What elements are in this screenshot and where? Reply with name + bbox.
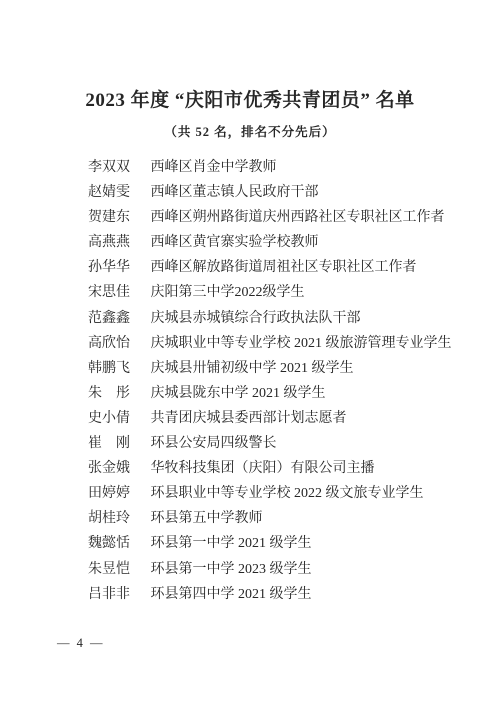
member-name: 崔 刚 bbox=[88, 431, 130, 456]
member-row: 史小倩 共青团庆城县委西部计划志愿者 bbox=[88, 406, 470, 431]
member-affiliation: 庆阳第三中学2022级学生 bbox=[151, 280, 305, 305]
member-name: 宋思佳 bbox=[88, 280, 130, 305]
member-affiliation: 环县职业中等专业学校 2022 级文旅专业学生 bbox=[151, 481, 424, 506]
member-row: 宋思佳 庆阳第三中学2022级学生 bbox=[88, 280, 470, 305]
document-subtitle: （共 52 名，排名不分先后） bbox=[0, 122, 500, 140]
member-row: 魏懿恬 环县第一中学 2021 级学生 bbox=[88, 531, 470, 556]
member-list: 李双双 西峰区肖金中学教师 赵婧雯 西峰区董志镇人民政府干部 贺建东 西峰区朔州… bbox=[88, 155, 470, 607]
member-row: 胡桂玲 环县第五中学教师 bbox=[88, 506, 470, 531]
member-affiliation: 华牧科技集团（庆阳）有限公司主播 bbox=[151, 456, 375, 481]
member-row: 朱昱恺 环县第一中学 2023 级学生 bbox=[88, 557, 470, 582]
member-name: 田婷婷 bbox=[88, 481, 130, 506]
member-row: 张金娥 华牧科技集团（庆阳）有限公司主播 bbox=[88, 456, 470, 481]
member-name: 高燕燕 bbox=[88, 230, 130, 255]
member-affiliation: 西峰区解放路街道周祖社区专职社区工作者 bbox=[151, 255, 417, 280]
member-name: 吕非非 bbox=[88, 582, 130, 607]
member-affiliation: 西峰区朔州路街道庆州西路社区专职社区工作者 bbox=[151, 205, 445, 230]
member-name: 朱昱恺 bbox=[88, 557, 130, 582]
member-row: 孙华华 西峰区解放路街道周祖社区专职社区工作者 bbox=[88, 255, 470, 280]
member-row: 高欣怡 庆城职业中等专业学校 2021 级旅游管理专业学生 bbox=[88, 331, 470, 356]
document-page: 2023 年度 “庆阳市优秀共青团员” 名单 （共 52 名，排名不分先后） 李… bbox=[0, 0, 500, 707]
member-row: 高燕燕 西峰区黄官寨实验学校教师 bbox=[88, 230, 470, 255]
member-name: 贺建东 bbox=[88, 205, 130, 230]
member-name: 李双双 bbox=[88, 155, 130, 180]
member-affiliation: 西峰区黄官寨实验学校教师 bbox=[151, 230, 319, 255]
member-affiliation: 庆城职业中等专业学校 2021 级旅游管理专业学生 bbox=[151, 331, 452, 356]
member-name: 范鑫鑫 bbox=[88, 306, 130, 331]
member-row: 田婷婷 环县职业中等专业学校 2022 级文旅专业学生 bbox=[88, 481, 470, 506]
document-title: 2023 年度 “庆阳市优秀共青团员” 名单 bbox=[0, 85, 500, 112]
member-affiliation: 环县第一中学 2021 级学生 bbox=[151, 531, 312, 556]
member-row: 崔 刚 环县公安局四级警长 bbox=[88, 431, 470, 456]
member-affiliation: 环县第一中学 2023 级学生 bbox=[151, 557, 312, 582]
member-name: 韩鹏飞 bbox=[88, 356, 130, 381]
member-row: 朱 彤 庆城县陇东中学 2021 级学生 bbox=[88, 381, 470, 406]
member-affiliation: 环县公安局四级警长 bbox=[151, 431, 277, 456]
member-affiliation: 共青团庆城县委西部计划志愿者 bbox=[151, 406, 347, 431]
member-affiliation: 庆城县陇东中学 2021 级学生 bbox=[151, 381, 326, 406]
member-name: 张金娥 bbox=[88, 456, 130, 481]
member-row: 吕非非 环县第四中学 2021 级学生 bbox=[88, 582, 470, 607]
member-affiliation: 环县第五中学教师 bbox=[151, 506, 263, 531]
member-name: 魏懿恬 bbox=[88, 531, 130, 556]
member-affiliation: 环县第四中学 2021 级学生 bbox=[151, 582, 312, 607]
member-name: 朱 彤 bbox=[88, 381, 130, 406]
member-row: 赵婧雯 西峰区董志镇人民政府干部 bbox=[88, 180, 470, 205]
member-name: 赵婧雯 bbox=[88, 180, 130, 205]
member-affiliation: 庆城县赤城镇综合行政执法队干部 bbox=[151, 306, 361, 331]
page-number: — 4 — bbox=[57, 636, 105, 651]
member-name: 胡桂玲 bbox=[88, 506, 130, 531]
member-row: 贺建东 西峰区朔州路街道庆州西路社区专职社区工作者 bbox=[88, 205, 470, 230]
member-row: 韩鹏飞 庆城县卅铺初级中学 2021 级学生 bbox=[88, 356, 470, 381]
member-affiliation: 西峰区肖金中学教师 bbox=[151, 155, 277, 180]
member-row: 李双双 西峰区肖金中学教师 bbox=[88, 155, 470, 180]
member-name: 孙华华 bbox=[88, 255, 130, 280]
member-affiliation: 庆城县卅铺初级中学 2021 级学生 bbox=[151, 356, 354, 381]
member-row: 范鑫鑫 庆城县赤城镇综合行政执法队干部 bbox=[88, 306, 470, 331]
member-affiliation: 西峰区董志镇人民政府干部 bbox=[151, 180, 319, 205]
member-name: 高欣怡 bbox=[88, 331, 130, 356]
member-name: 史小倩 bbox=[88, 406, 130, 431]
